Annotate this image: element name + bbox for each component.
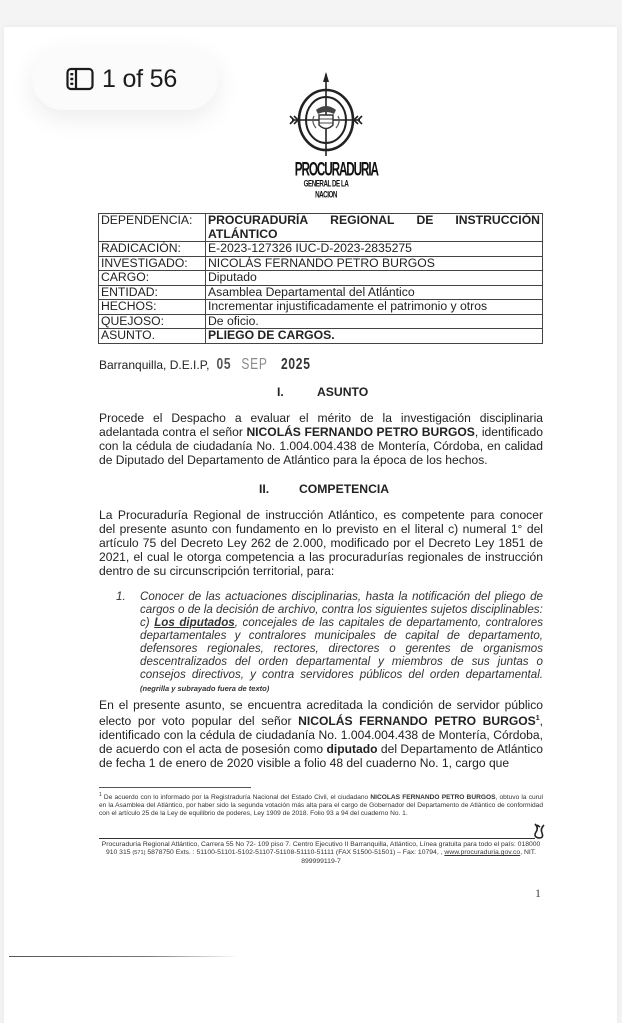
dependencia-word: PROCURADURÍA: [208, 214, 308, 228]
asunto-paragraph: Procede el Despacho a evaluar el mérito …: [99, 411, 543, 467]
text: De acuerdo con lo informado por la Regis…: [102, 794, 371, 801]
quote-intro: Conocer de las actuaciones disciplinaria…: [140, 590, 543, 616]
table-row: HECHOS: Incrementar injustificadamente e…: [99, 300, 543, 315]
quote-item-prefix: c): [140, 616, 154, 629]
row-value: E-2023-127326 IUC-D-2023-2835275: [206, 242, 543, 257]
legal-quote: 1. Conocer de las actuaciones disciplina…: [120, 590, 543, 695]
investigado-name: NICOLÁS FERNANDO PETRO BURGOS: [298, 714, 536, 728]
row-value: NICOLÁS FERNANDO PETRO BURGOS: [206, 256, 543, 271]
table-row: ENTIDAD: Asamblea Departamental del Atlá…: [99, 285, 543, 300]
logo-subtitle: GENERAL DE LA NACION: [295, 178, 357, 200]
section-title: COMPETENCIA: [299, 482, 389, 496]
date-prefix: Barranquilla, D.E.I.P,: [99, 358, 210, 372]
row-value: Asamblea Departamental del Atlántico: [206, 285, 543, 300]
investigado-name: NICOLÁS FERNANDO PETRO BURGOS: [246, 425, 474, 439]
table-row: DEPENDENCIA: PROCURADURÍA REGIONAL DE IN…: [99, 214, 543, 242]
row-value: PLIEGO DE CARGOS.: [206, 329, 543, 344]
footnote: 1 De acuerdo con lo informado por la Reg…: [99, 791, 543, 818]
cargo-word: diputado: [326, 742, 377, 756]
page-indicator-button[interactable]: 1 of 56: [32, 48, 218, 110]
footnote-divider: [99, 787, 251, 788]
table-row: CARGO: Diputado: [99, 271, 543, 286]
row-value: Incrementar injustificadamente el patrim…: [206, 300, 543, 315]
dependencia-word: REGIONAL: [330, 214, 394, 228]
pdf-viewer: 1 of 56 PROCURADURIA GENERAL DE LA NACIO…: [0, 0, 622, 1023]
footer-phone-prefix: (571): [132, 850, 145, 856]
section-heading-asunto: I.ASUNTO: [277, 385, 368, 399]
section-title: ASUNTO: [317, 385, 368, 399]
section-number: II.: [259, 482, 299, 496]
row-label: CARGO:: [99, 271, 206, 286]
footer-text: 5878750 Exts. : 51100-51101-5102-51107-5…: [145, 849, 444, 856]
page-count-label: 1 of 56: [102, 65, 177, 94]
table-row: ASUNTO. PLIEGO DE CARGOS.: [99, 329, 543, 344]
table-row: INVESTIGADO: NICOLÁS FERNANDO PETRO BURG…: [99, 256, 543, 271]
row-value: De oficio.: [206, 314, 543, 329]
row-label: QUEJOSO:: [99, 314, 206, 329]
footnote-name: NICOLAS FERNANDO PETRO BURGOS: [370, 794, 495, 801]
dependencia-line2: ATLÁNTICO: [208, 228, 540, 242]
date-stamp-month: SEP: [242, 356, 268, 374]
sidebar-icon: [66, 67, 94, 91]
quote-number: 1.: [116, 590, 126, 603]
date-stamp-year: 2025: [281, 356, 311, 374]
row-label: HECHOS:: [99, 300, 206, 315]
footer-divider: [99, 838, 535, 839]
quote-note: (negrilla y subrayado fuera de texto): [140, 684, 269, 693]
row-value: Diputado: [206, 271, 543, 286]
website-link[interactable]: www.procuraduria.gov.co: [444, 849, 520, 856]
page-footer: Procuraduría Regional Atlántico, Carrera…: [99, 841, 543, 866]
row-label: ASUNTO.: [99, 329, 206, 344]
row-label: INVESTIGADO:: [99, 256, 206, 271]
date-stamp-day: 05: [216, 356, 231, 374]
row-label: ENTIDAD:: [99, 285, 206, 300]
quote-emphasis: Los diputados: [154, 616, 235, 629]
final-paragraph: En el presente asunto, se encuentra acre…: [99, 698, 543, 770]
case-info-table: DEPENDENCIA: PROCURADURÍA REGIONAL DE IN…: [98, 213, 543, 344]
scan-artifact-line: [9, 956, 239, 957]
row-label: RADICACIÓN:: [99, 242, 206, 257]
date-line: Barranquilla, D.E.I.P, 05 SEP 2025: [99, 356, 316, 374]
competencia-paragraph: La Procuraduría Regional de instrucción …: [99, 508, 543, 578]
dependencia-word: INSTRUCCIÓN: [455, 214, 540, 228]
section-number: I.: [277, 385, 317, 399]
procuraduria-crest-icon: [286, 72, 366, 158]
row-label: DEPENDENCIA:: [99, 214, 206, 242]
section-heading-competencia: II.COMPETENCIA: [259, 482, 389, 496]
page-number: 1: [535, 886, 541, 901]
row-value: PROCURADURÍA REGIONAL DE INSTRUCCIÓN ATL…: [206, 214, 543, 242]
procuraduria-logo: PROCURADURIA GENERAL DE LA NACION: [286, 72, 366, 184]
table-row: RADICACIÓN: E-2023-127326 IUC-D-2023-283…: [99, 242, 543, 257]
table-row: QUEJOSO: De oficio.: [99, 314, 543, 329]
dependencia-word: DE: [416, 214, 433, 228]
